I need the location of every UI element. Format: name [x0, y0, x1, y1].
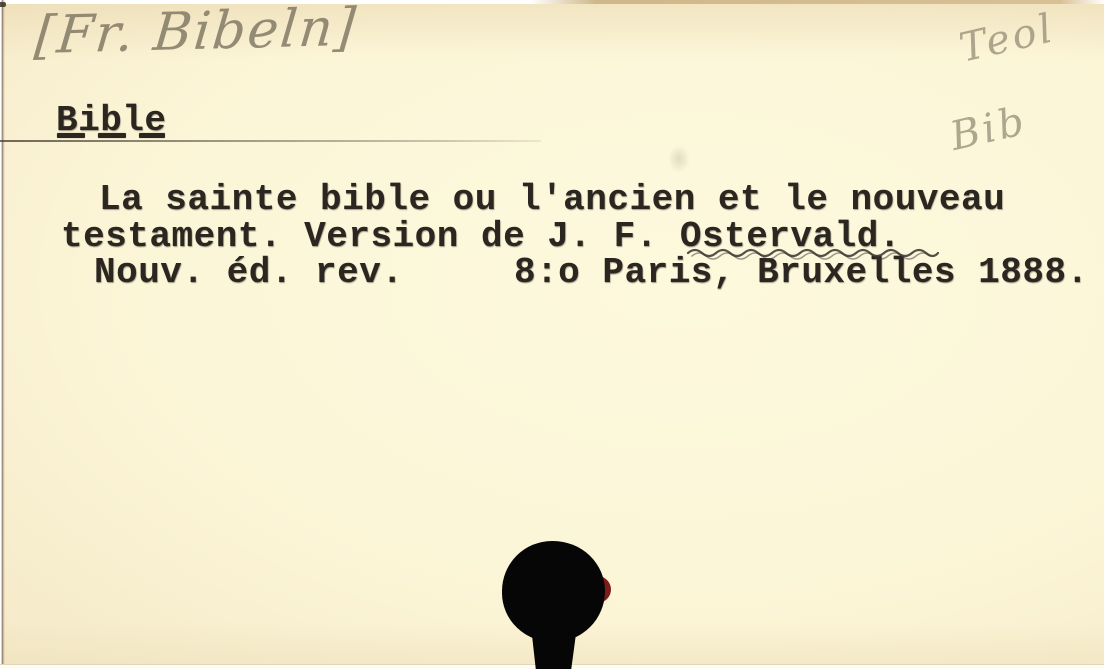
- heading-underscore-dash: [139, 133, 165, 138]
- scan-corner-speck: [0, 2, 6, 7]
- heading-rule-line: [0, 140, 541, 142]
- catalog-card: [Fr. Bibeln] Teol Bib Bible La sainte bi…: [0, 0, 1104, 669]
- hole-punch-stem: [530, 626, 578, 669]
- paper-smudge: [668, 145, 690, 173]
- card-left-edge: [0, 0, 5, 669]
- classification-line-2: Bib: [946, 89, 1077, 158]
- heading-underscore-dash: [98, 133, 126, 138]
- classification-line-1: Teol: [955, 5, 1059, 71]
- heading-underscore-dash: [57, 133, 85, 138]
- ostervald-wavy-underline: [686, 246, 940, 262]
- body-line-1: La sainte bible ou l'ancien et le nouvea…: [99, 182, 1005, 218]
- handwritten-note-top-left: [Fr. Bibeln]: [32, 0, 360, 66]
